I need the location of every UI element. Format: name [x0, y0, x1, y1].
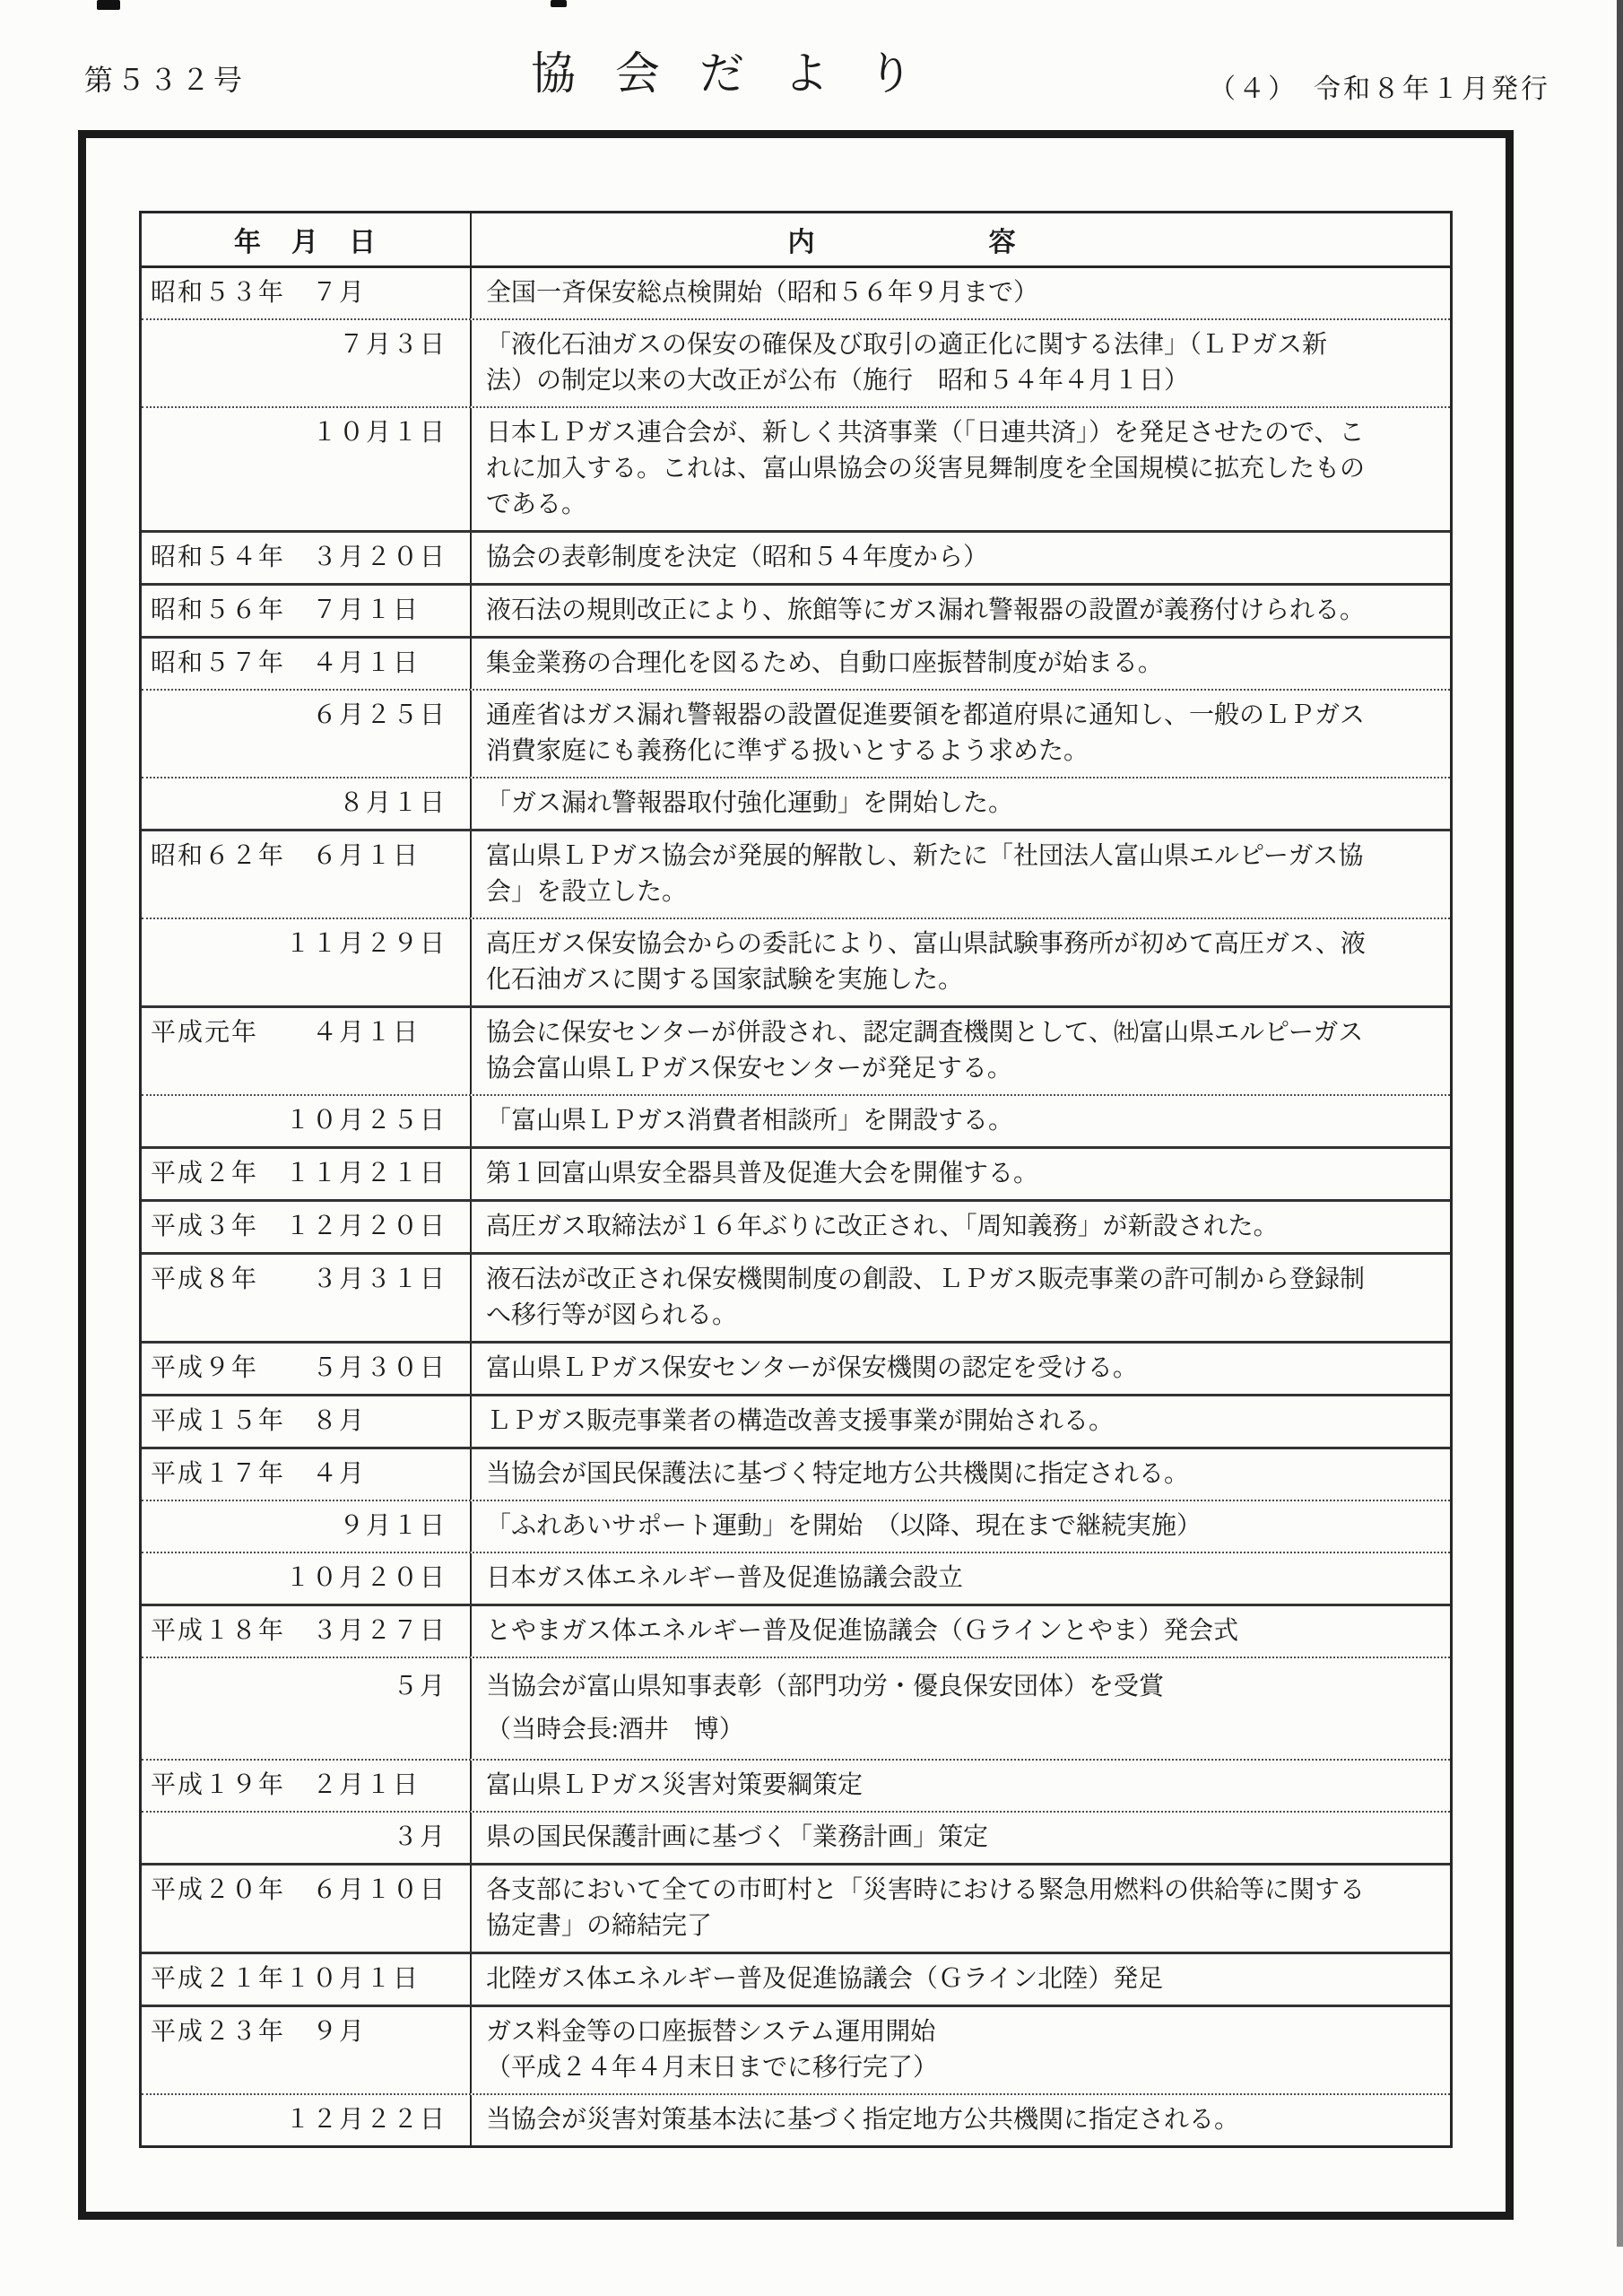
table-row: 平成１９年 ２月１日富山県ＬＰガス災害対策要綱策定: [142, 1759, 1450, 1811]
table-row: 平成８年 ３月３１日液石法が改正され保安機関制度の創設、ＬＰガス販売事業の許可制…: [142, 1252, 1450, 1341]
content-cell: 「液化石油ガスの保安の確保及び取引の適正化に関する法律」（ＬＰガス新 法）の制定…: [472, 320, 1450, 406]
history-table: 年 月 日 内 容 昭和５３年 ７月全国一斉保安総点検開始（昭和５６年９月まで）…: [139, 211, 1453, 2148]
content-cell: 富山県ＬＰガス災害対策要綱策定: [472, 1761, 1450, 1811]
content-cell: 液石法の規則改正により、旅館等にガス漏れ警報器の設置が義務付けられる。: [472, 586, 1450, 636]
content-cell: 液石法が改正され保安機関制度の創設、ＬＰガス販売事業の許可制から登録制 へ移行等…: [472, 1255, 1450, 1341]
date-cell: 平成１８年 ３月２７日: [142, 1606, 472, 1657]
date-cell: 昭和５４年 ３月２０日: [142, 533, 472, 583]
table-row: ６月２５日通産省はガス漏れ警報器の設置促進要領を都道府県に通知し、一般のＬＰガス…: [142, 689, 1450, 777]
date-cell: １０月１日: [142, 408, 472, 530]
content-cell: 富山県ＬＰガス協会が発展的解散し、新たに「社団法人富山県エルピーガス協 会」を設…: [472, 831, 1450, 918]
table-row: 平成１５年 ８月ＬＰガス販売事業者の構造改善支援事業が開始される。: [142, 1394, 1450, 1447]
column-header-date: 年 月 日: [142, 213, 472, 265]
content-cell: 「富山県ＬＰガス消費者相談所」を開設する。: [472, 1096, 1450, 1146]
date-cell: 平成２０年 ６月１０日: [142, 1865, 472, 1952]
table-row: 昭和５７年 ４月１日集金業務の合理化を図るため、自動口座振替制度が始まる。: [142, 636, 1450, 689]
date-cell: １１月２９日: [142, 919, 472, 1005]
table-row: １１月２９日高圧ガス保安協会からの委託により、富山県試験事務所が初めて高圧ガス、…: [142, 918, 1450, 1005]
table-row: １０月２０日日本ガス体エネルギー普及促進協議会設立: [142, 1552, 1450, 1604]
date-cell: 平成１５年 ８月: [142, 1396, 472, 1447]
date-cell: 平成８年 ３月３１日: [142, 1255, 472, 1341]
date-cell: ９月１日: [142, 1501, 472, 1552]
date-cell: 平成２１年１０月１日: [142, 1954, 472, 2005]
table-row: 平成元年 ４月１日協会に保安センターが併設され、認定調査機関として、㈳富山県エル…: [142, 1005, 1450, 1094]
table-row: 平成２０年 ６月１０日各支部において全ての市町村と「災害時における緊急用燃料の供…: [142, 1863, 1450, 1952]
date-cell: ３月: [142, 1813, 472, 1863]
masthead: 第５３２号 協会だより （４） 令和８年１月発行: [0, 0, 1623, 130]
date-cell: ５月: [142, 1658, 472, 1759]
date-cell: ７月３日: [142, 320, 472, 406]
table-row: ８月１日「ガス漏れ警報器取付強化運動」を開始した。: [142, 777, 1450, 829]
table-row: 平成１８年 ３月２７日とやまガス体エネルギー普及促進協議会（Ｇラインとやま）発会…: [142, 1604, 1450, 1657]
issue-number: 第５３２号: [84, 57, 246, 99]
date-cell: １０月２５日: [142, 1096, 472, 1146]
content-cell: 県の国民保護計画に基づく「業務計画」策定: [472, 1813, 1450, 1863]
table-row: ９月１日「ふれあいサポート運動」を開始 （以降、現在まで継続実施）: [142, 1500, 1450, 1552]
content-cell: 協会に保安センターが併設され、認定調査機関として、㈳富山県エルピーガス 協会富山…: [472, 1008, 1450, 1094]
content-cell: 当協会が富山県知事表彰（部門功労・優良保安団体）を受賞 （当時会長:酒井 博）: [472, 1658, 1450, 1759]
date-cell: 昭和６２年 ６月１日: [142, 831, 472, 918]
scanned-newsletter-page: { "page": { "issue_number": "第５３２号", "ti…: [0, 0, 1623, 2296]
content-cell: とやまガス体エネルギー普及促進協議会（Ｇラインとやま）発会式: [472, 1606, 1450, 1657]
table-row: 昭和５４年 ３月２０日協会の表彰制度を決定（昭和５４年度から）: [142, 530, 1450, 583]
date-cell: ８月１日: [142, 778, 472, 829]
table-row: 平成１７年 ４月当協会が国民保護法に基づく特定地方公共機関に指定される。: [142, 1447, 1450, 1500]
content-cell: 当協会が国民保護法に基づく特定地方公共機関に指定される。: [472, 1449, 1450, 1500]
table-row: １０月２５日「富山県ＬＰガス消費者相談所」を開設する。: [142, 1094, 1450, 1146]
content-cell: 高圧ガス取締法が１６年ぶりに改正され、「周知義務」が新設された。: [472, 1202, 1450, 1252]
date-cell: 昭和５３年 ７月: [142, 268, 472, 318]
table-row: 平成２３年 ９月ガス料金等の口座振替システム運用開始 （平成２４年４月末日までに…: [142, 2005, 1450, 2093]
table-row: 昭和５３年 ７月全国一斉保安総点検開始（昭和５６年９月まで）: [142, 268, 1450, 318]
content-cell: 日本ＬＰガス連合会が、新しく共済事業（「日連共済」）を発足させたので、こ れに加…: [472, 408, 1450, 530]
date-cell: 平成２年 １１月２１日: [142, 1149, 472, 1199]
page-title: 協会だより: [531, 38, 952, 102]
content-cell: 日本ガス体エネルギー普及促進協議会設立: [472, 1553, 1450, 1604]
date-cell: ６月２５日: [142, 691, 472, 777]
column-header-content: 内 容: [472, 213, 1450, 265]
content-cell: 「ガス漏れ警報器取付強化運動」を開始した。: [472, 778, 1450, 829]
date-cell: 平成１７年 ４月: [142, 1449, 472, 1500]
date-cell: １２月２２日: [142, 2095, 472, 2145]
date-cell: 平成２３年 ９月: [142, 2007, 472, 2093]
date-cell: 昭和５６年 ７月１日: [142, 586, 472, 636]
table-row: 平成３年 １２月２０日高圧ガス取締法が１６年ぶりに改正され、「周知義務」が新設さ…: [142, 1199, 1450, 1252]
content-cell: 全国一斉保安総点検開始（昭和５６年９月まで）: [472, 268, 1450, 318]
table-row: 昭和５６年 ７月１日液石法の規則改正により、旅館等にガス漏れ警報器の設置が義務付…: [142, 583, 1450, 636]
content-cell: ＬＰガス販売事業者の構造改善支援事業が開始される。: [472, 1396, 1450, 1447]
content-cell: 協会の表彰制度を決定（昭和５４年度から）: [472, 533, 1450, 583]
table-row: 平成２１年１０月１日北陸ガス体エネルギー普及促進協議会（Ｇライン北陸）発足: [142, 1952, 1450, 2005]
content-cell: 集金業務の合理化を図るため、自動口座振替制度が始まる。: [472, 639, 1450, 689]
date-cell: 平成１９年 ２月１日: [142, 1761, 472, 1811]
scan-edge-artifact: [1617, 0, 1623, 2247]
date-cell: 平成元年 ４月１日: [142, 1008, 472, 1094]
table-row: ５月当協会が富山県知事表彰（部門功労・優良保安団体）を受賞 （当時会長:酒井 博…: [142, 1657, 1450, 1759]
date-cell: 平成９年 ５月３０日: [142, 1344, 472, 1394]
table-row: 昭和６２年 ６月１日富山県ＬＰガス協会が発展的解散し、新たに「社団法人富山県エル…: [142, 829, 1450, 918]
table-row: １０月１日日本ＬＰガス連合会が、新しく共済事業（「日連共済」）を発足させたので、…: [142, 406, 1450, 530]
content-cell: 北陸ガス体エネルギー普及促進協議会（Ｇライン北陸）発足: [472, 1954, 1450, 2005]
content-cell: 通産省はガス漏れ警報器の設置促進要領を都道府県に通知し、一般のＬＰガス 消費家庭…: [472, 691, 1450, 777]
table-header-row: 年 月 日 内 容: [142, 213, 1450, 268]
content-cell: 富山県ＬＰガス保安センターが保安機関の認定を受ける。: [472, 1344, 1450, 1394]
table-body: 昭和５３年 ７月全国一斉保安総点検開始（昭和５６年９月まで）７月３日「液化石油ガ…: [142, 268, 1450, 2145]
content-cell: 高圧ガス保安協会からの委託により、富山県試験事務所が初めて高圧ガス、液 化石油ガ…: [472, 919, 1450, 1005]
table-row: 平成２年 １１月２１日第１回富山県安全器具普及促進大会を開催する。: [142, 1146, 1450, 1199]
content-cell: 第１回富山県安全器具普及促進大会を開催する。: [472, 1149, 1450, 1199]
content-cell: 「ふれあいサポート運動」を開始 （以降、現在まで継続実施）: [472, 1501, 1450, 1552]
content-cell: 各支部において全ての市町村と「災害時における緊急用燃料の供給等に関する 協定書」…: [472, 1865, 1450, 1952]
content-cell: ガス料金等の口座振替システム運用開始 （平成２４年４月末日までに移行完了）: [472, 2007, 1450, 2093]
table-row: ７月３日「液化石油ガスの保安の確保及び取引の適正化に関する法律」（ＬＰガス新 法…: [142, 318, 1450, 406]
table-row: ３月県の国民保護計画に基づく「業務計画」策定: [142, 1811, 1450, 1863]
content-cell: 当協会が災害対策基本法に基づく指定地方公共機関に指定される。: [472, 2095, 1450, 2145]
table-row: 平成９年 ５月３０日富山県ＬＰガス保安センターが保安機関の認定を受ける。: [142, 1341, 1450, 1394]
edition-info: （４） 令和８年１月発行: [1209, 66, 1550, 106]
date-cell: 昭和５７年 ４月１日: [142, 639, 472, 689]
date-cell: 平成３年 １２月２０日: [142, 1202, 472, 1252]
table-row: １２月２２日当協会が災害対策基本法に基づく指定地方公共機関に指定される。: [142, 2093, 1450, 2145]
date-cell: １０月２０日: [142, 1553, 472, 1604]
